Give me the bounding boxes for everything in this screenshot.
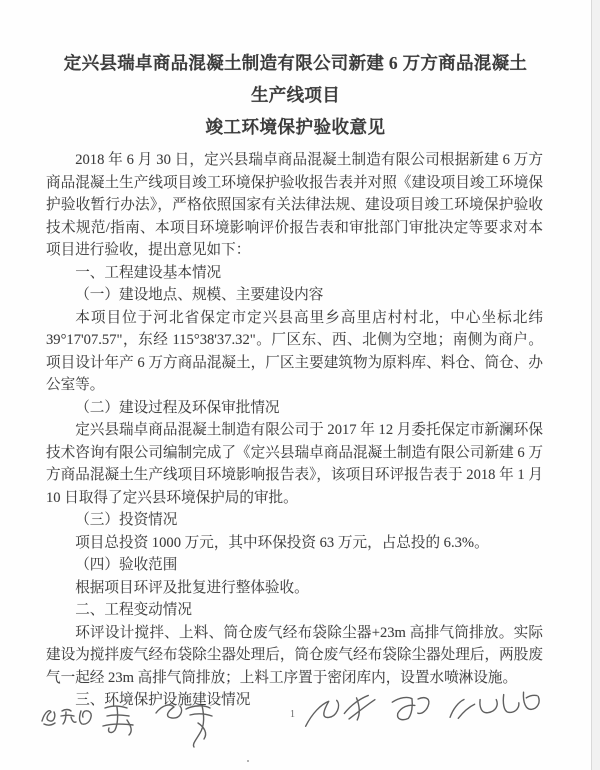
body-paragraph: 2018 年 6 月 30 日，定兴县瑞卓商品混凝土制造有限公司根据新建 6 万… xyxy=(46,149,543,262)
body-paragraph: 环评设计搅拌、上料、筒仓废气经布袋除尘器+23m 高排气筒排放。实际建设为搅拌废… xyxy=(46,622,543,690)
scan-edge-artifact xyxy=(591,0,600,770)
section-heading: （四）验收范围 xyxy=(46,554,543,577)
section-heading: （二）建设过程及环保审批情况 xyxy=(46,397,543,420)
body-paragraph: 定兴县瑞卓商品混凝土制造有限公司于 2017 年 12 月委托保定市新澜环保技术… xyxy=(46,419,543,509)
handwritten-signature xyxy=(150,697,220,749)
body-paragraph: 本项目位于河北省保定市定兴县高里乡高里店村村北，中心坐标北纬 39°17'07.… xyxy=(46,307,543,397)
section-heading: 二、工程变动情况 xyxy=(46,599,543,622)
scanned-document: 定兴县瑞卓商品混凝土制造有限公司新建 6 万方商品混凝土生产线项目 竣工环境保护… xyxy=(0,0,600,770)
document-page: 定兴县瑞卓商品混凝土制造有限公司新建 6 万方商品混凝土生产线项目 竣工环境保护… xyxy=(0,0,591,770)
document-title: 定兴县瑞卓商品混凝土制造有限公司新建 6 万方商品混凝土生产线项目 xyxy=(64,47,528,111)
section-heading: 一、工程建设基本情况 xyxy=(46,262,543,285)
document-body: 2018 年 6 月 30 日，定兴县瑞卓商品混凝土制造有限公司根据新建 6 万… xyxy=(46,149,543,712)
section-heading: （一）建设地点、规模、主要建设内容 xyxy=(46,284,543,307)
document-subtitle: 竣工环境保护验收意见 xyxy=(0,111,591,143)
handwritten-signature xyxy=(381,687,440,727)
section-heading: （三）投资情况 xyxy=(46,509,543,532)
body-paragraph: 根据项目环评及批复进行整体验收。 xyxy=(46,577,543,600)
body-paragraph: 项目总投资 1000 万元，其中环保投资 63 万元，占总投的 6.3%。 xyxy=(46,532,543,555)
handwritten-signature xyxy=(97,700,147,738)
scan-speck xyxy=(247,760,249,762)
page-number: 1 xyxy=(290,709,296,720)
handwritten-signature xyxy=(38,703,96,729)
